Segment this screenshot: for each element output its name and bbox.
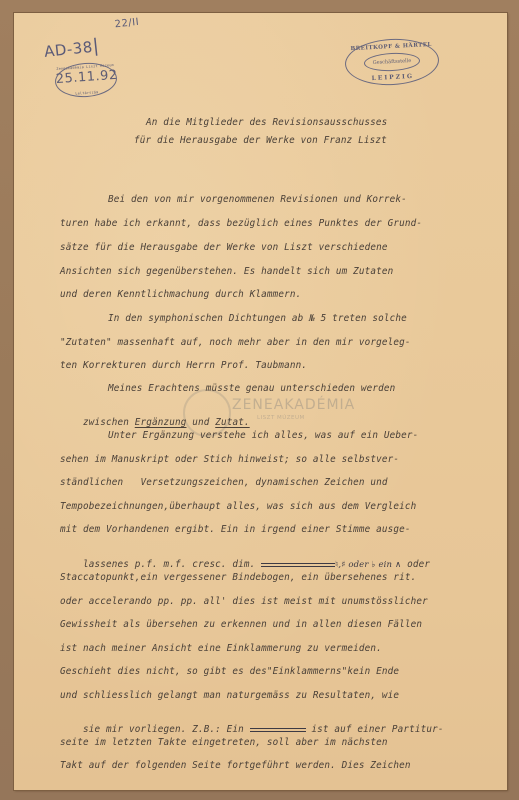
body-line: Bei den von mir vorgenommenen Revisionen… bbox=[108, 194, 407, 205]
body-line: mit dem Vorhandenen ergibt. Ein in irgen… bbox=[60, 524, 411, 535]
body-line: Takt auf der folgenden Seite fortgeführt… bbox=[60, 760, 411, 771]
body-line: "Zutaten" massenhaft auf, noch mehr aber… bbox=[60, 337, 411, 348]
body-line: Tempobezeichnungen,überhaupt alles, was … bbox=[60, 501, 416, 512]
body-line: und schliesslich gelangt man naturgemäss… bbox=[60, 690, 399, 701]
text-segment: lassenes p.f. m.f. cresc. dim. bbox=[83, 559, 261, 570]
underlined-term-zutat: Zutat. bbox=[215, 417, 249, 428]
body-line: sätze für die Herausgabe der Werke von L… bbox=[60, 242, 388, 253]
body-line: Unter Ergänzung verstehe ich alles, was … bbox=[108, 430, 418, 441]
body-line: und deren Kenntlichmachung durch Klammer… bbox=[60, 289, 301, 300]
body-line: In den symphonischen Dichtungen ab № 5 t… bbox=[108, 313, 407, 324]
letter-body: Bei den von mir vorgenommenen Revisionen… bbox=[60, 0, 504, 286]
body-line: ten Korrekturen durch Herrn Prof. Taubma… bbox=[60, 360, 307, 371]
body-line: Geschieht dies nicht, so gibt es des"Ein… bbox=[60, 666, 399, 677]
body-line: Gewissheit als übersehen zu erkennen und… bbox=[60, 619, 422, 630]
text-segment: ist auf einer Partitur- bbox=[306, 724, 444, 735]
crescendo-diminuendo-sign-icon bbox=[261, 562, 335, 568]
handwritten-accidentals: ♮,♯ oder ♭ ein ∧ bbox=[335, 560, 401, 570]
body-line: ist nach meiner Ansicht eine Einklammeru… bbox=[60, 643, 382, 654]
text-segment: und bbox=[186, 417, 215, 428]
body-line: Meines Erachtens müsste genau unterschie… bbox=[108, 383, 395, 394]
body-line: oder accelerando pp. pp. all' dies ist m… bbox=[60, 596, 428, 607]
text-segment: sie mir vorliegen. Z.B.: Ein bbox=[83, 724, 250, 735]
body-line: seite im letzten Takte eingetreten, soll… bbox=[60, 737, 388, 748]
body-line: turen habe ich erkannt, dass bezüglich e… bbox=[60, 218, 422, 229]
body-line: Ansichten sich gegenüberstehen. Es hande… bbox=[60, 266, 393, 277]
body-line: ständlichen Versetzungszeichen, dynamisc… bbox=[60, 477, 388, 488]
text-segment: oder bbox=[401, 559, 430, 570]
diminuendo-sign-icon bbox=[250, 727, 306, 733]
body-line: sehen im Manuskript oder Stich hinweist;… bbox=[60, 454, 399, 465]
body-line: Staccatopunkt,ein vergessener Bindebogen… bbox=[60, 572, 416, 583]
underlined-term-erganzung: Ergänzung bbox=[135, 417, 187, 428]
text-segment: zwischen bbox=[83, 417, 135, 428]
